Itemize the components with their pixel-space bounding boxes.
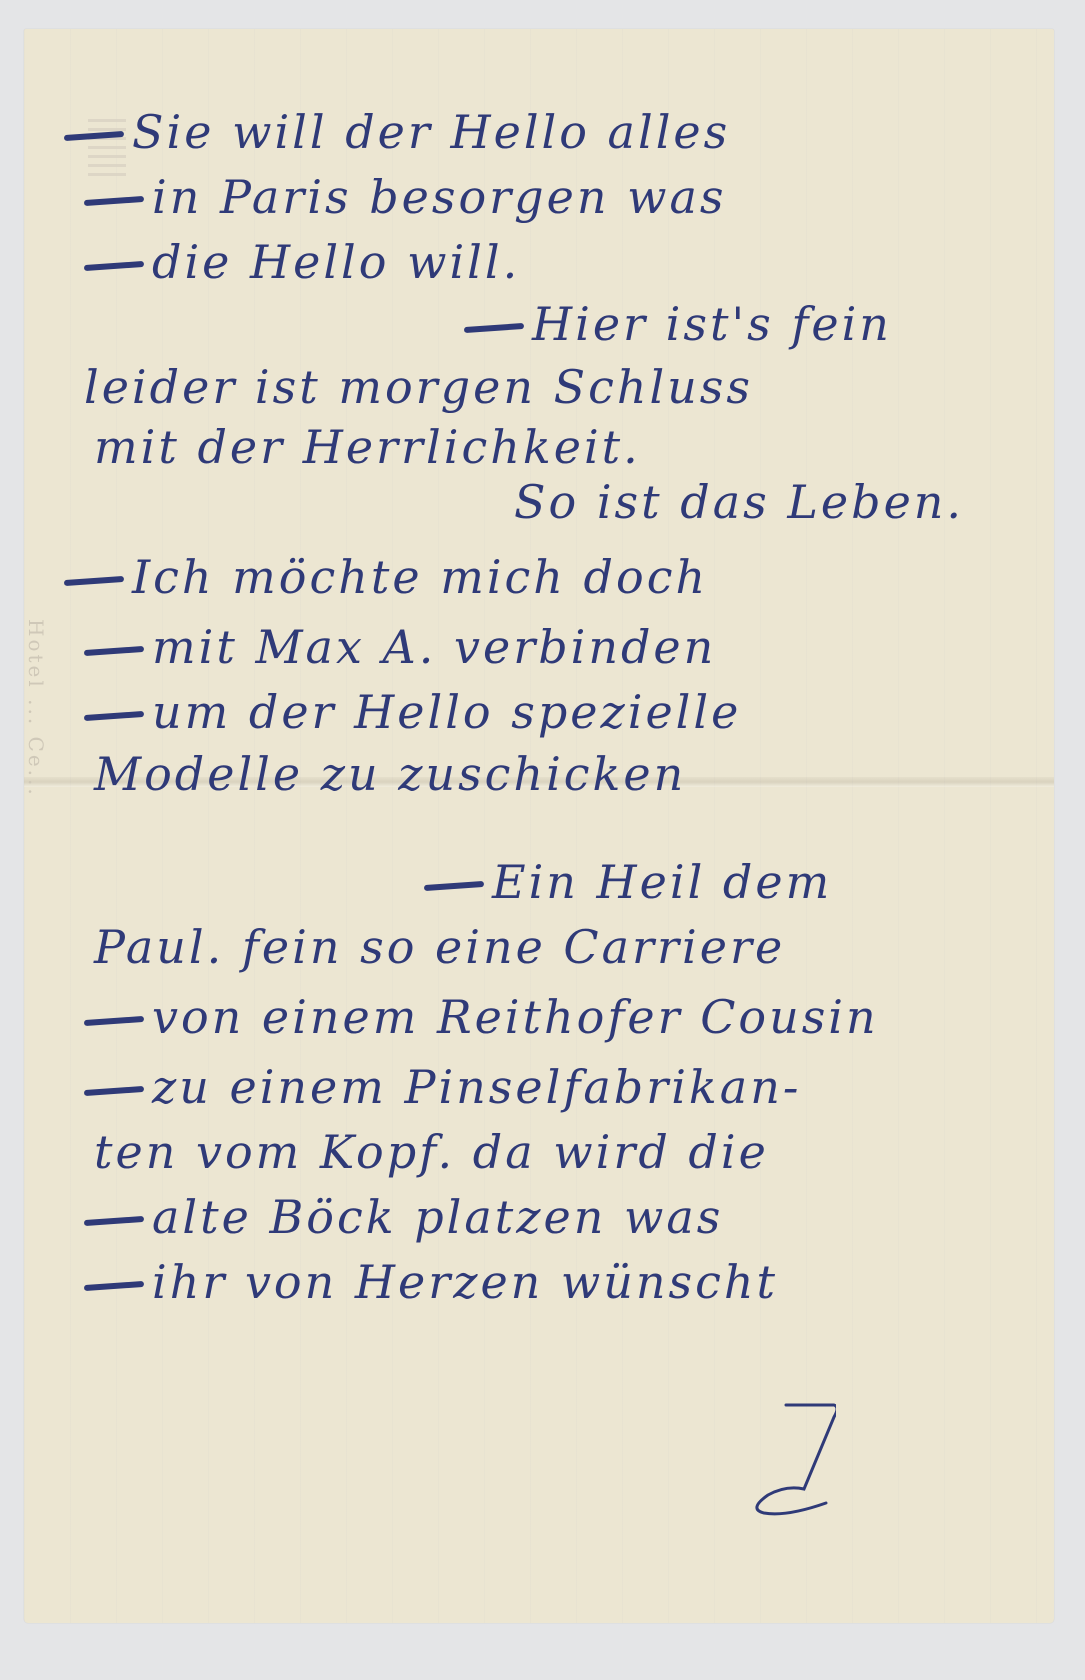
letter-body: Sie will der Hello alles in Paris besorg… xyxy=(24,29,1054,1623)
letter-line: die Hello will. xyxy=(84,239,520,285)
letter-line: Hier ist's fein xyxy=(464,301,892,347)
letter-line: mit Max A. verbinden xyxy=(84,624,716,670)
letter-line: Ich möchte mich doch xyxy=(64,554,708,600)
pen-stroke xyxy=(84,261,144,271)
letter-line: Modelle zu zuschicken xyxy=(94,751,686,797)
letter-page: Hotel ... Ce... Sie will der Hello alles… xyxy=(24,29,1054,1623)
pen-stroke xyxy=(84,1016,144,1026)
pen-stroke xyxy=(84,1281,144,1291)
letter-line: ten vom Kopf. da wird die xyxy=(94,1129,769,1175)
pen-stroke xyxy=(64,576,124,586)
letter-line: Sie will der Hello alles xyxy=(64,109,730,155)
letter-line: ihr von Herzen wünscht xyxy=(84,1259,778,1305)
pen-stroke xyxy=(84,1086,144,1096)
letter-line: Ein Heil dem xyxy=(424,859,832,905)
pen-stroke xyxy=(464,323,524,333)
letter-line: So ist das Leben. xyxy=(514,479,964,525)
pen-stroke xyxy=(84,711,144,721)
letter-line: von einem Reithofer Cousin xyxy=(84,994,879,1040)
letter-line: alte Böck platzen was xyxy=(84,1194,723,1240)
letter-line: Paul. fein so eine Carriere xyxy=(94,924,785,970)
pen-stroke xyxy=(424,881,484,891)
letter-line: um der Hello spezielle xyxy=(84,689,741,735)
pen-stroke xyxy=(84,646,144,656)
pen-stroke xyxy=(64,131,124,141)
letter-line: mit der Herrlichkeit. xyxy=(94,424,641,470)
signature-mark xyxy=(746,1399,836,1519)
pen-stroke xyxy=(84,1216,144,1226)
letter-line: in Paris besorgen was xyxy=(84,174,726,220)
letter-line: leider ist morgen Schluss xyxy=(84,364,753,410)
letter-line: zu einem Pinselfabrikan- xyxy=(84,1064,801,1110)
pen-stroke xyxy=(84,196,144,206)
